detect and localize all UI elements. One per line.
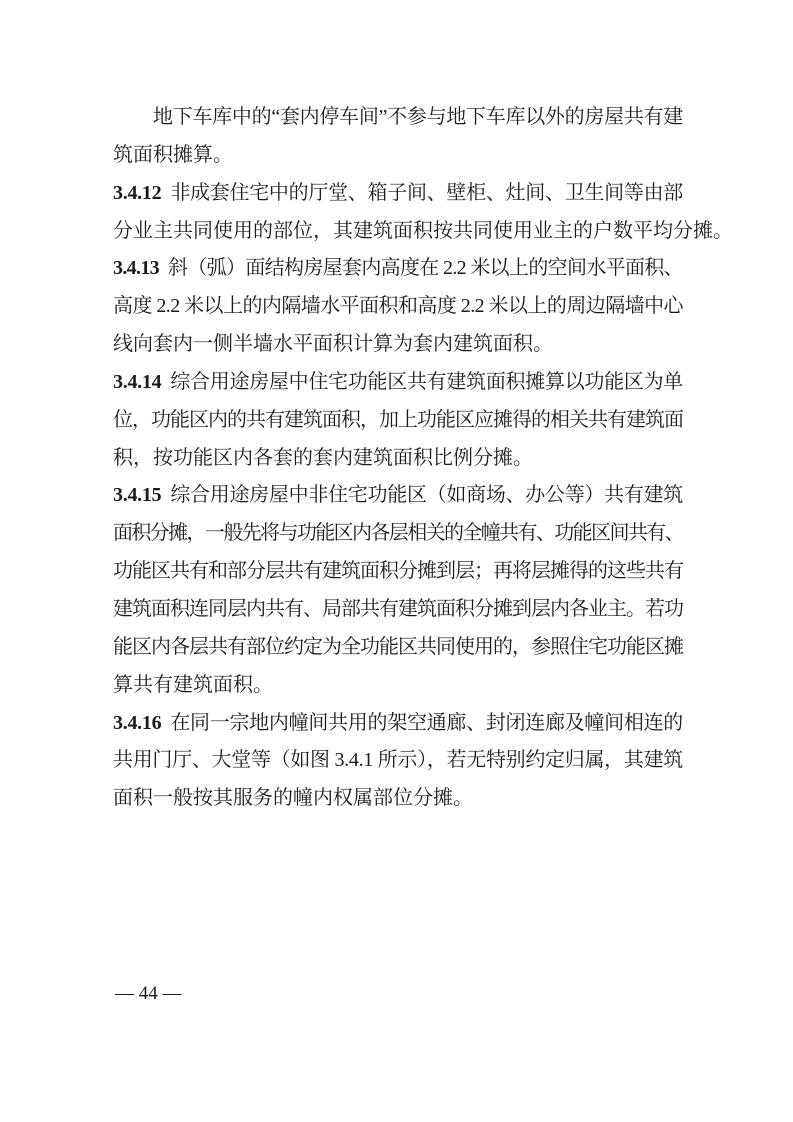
clause-paragraph: 3.4.12非成套住宅中的厅堂、箱子间、壁柜、灶间、卫生间等由部分业主共同使用的… [113,175,683,251]
text-line: 高度 2.2 米以上的内隔墙水平面积和高度 2.2 米以上的周边隔墙中心 [113,288,683,326]
text-line: 3.4.13斜（弧）面结构房屋套内高度在 2.2 米以上的空间水平面积、 [113,250,683,288]
text-run: 斜（弧）面结构房屋套内高度在 2.2 米以上的空间水平面积、 [168,257,683,279]
text-line: 面积一般按其服务的幢内权属部位分摊。 [113,780,683,818]
text-run: 在同一宗地内幢间共用的架空通廊、封闭连廊及幢间相连的 [170,712,683,734]
text-line: 建筑面积连同层内共有、局部共有建筑面积分摊到层内各业主。若功 [113,591,683,629]
text-run: 共用门厅、大堂等（如图 3.4.1 所示），若无特别约定归属，其建筑 [113,749,683,771]
text-run: 筑面积摊算。 [113,144,233,166]
text-line: 地下车库中的“套内停车间”不参与地下车库以外的房屋共有建 [113,99,683,137]
text-line-content: 位，功能区内的共有建筑面积，加上功能区应摊得的相关共有建筑面 [113,409,683,431]
text-line-content: 分业主共同使用的部位，其建筑面积按共同使用业主的户数平均分摊。 [113,220,733,242]
text-line: 3.4.15综合用途房屋中非住宅功能区（如商场、办公等）共有建筑 [113,477,683,515]
text-line-content: 3.4.12非成套住宅中的厅堂、箱子间、壁柜、灶间、卫生间等由部 [113,182,683,204]
text-line-content: 3.4.13斜（弧）面结构房屋套内高度在 2.2 米以上的空间水平面积、 [113,257,683,279]
text-line-content: 3.4.16在同一宗地内幢间共用的架空通廊、封闭连廊及幢间相连的 [113,712,683,734]
body-paragraph: 地下车库中的“套内停车间”不参与地下车库以外的房屋共有建筑面积摊算。 [113,99,683,175]
text-run: 算共有建筑面积。 [113,674,273,696]
text-line: 共用门厅、大堂等（如图 3.4.1 所示），若无特别约定归属，其建筑 [113,742,683,780]
clause-number: 3.4.12 [113,182,161,204]
text-line: 面积分摊，一般先将与功能区内各层相关的全幢共有、功能区间共有、 [113,515,683,553]
clause-paragraph: 3.4.15综合用途房屋中非住宅功能区（如商场、办公等）共有建筑面积分摊，一般先… [113,477,683,704]
clause-number: 3.4.16 [113,712,161,734]
text-run: 功能区共有和部分层共有建筑面积分摊到层；再将层摊得的这些共有 [113,560,683,582]
text-line: 积，按功能区内各套的套内建筑面积比例分摊。 [113,440,683,478]
text-line: 3.4.16在同一宗地内幢间共用的架空通廊、封闭连廊及幢间相连的 [113,705,683,743]
text-run: 能区内各层共有部位约定为全功能区共同使用的，参照住宅功能区摊 [113,636,683,658]
text-line-content: 筑面积摊算。 [113,144,233,166]
text-line: 功能区共有和部分层共有建筑面积分摊到层；再将层摊得的这些共有 [113,553,683,591]
text-line: 能区内各层共有部位约定为全功能区共同使用的，参照住宅功能区摊 [113,629,683,667]
text-line-content: 线向套内一侧半墙水平面积计算为套内建筑面积。 [113,333,553,355]
text-line-content: 算共有建筑面积。 [113,674,273,696]
text-run: 建筑面积连同层内共有、局部共有建筑面积分摊到层内各业主。若功 [113,598,683,620]
text-line-content: 地下车库中的“套内停车间”不参与地下车库以外的房屋共有建 [153,106,683,128]
text-line-content: 高度 2.2 米以上的内隔墙水平面积和高度 2.2 米以上的周边隔墙中心 [113,295,683,317]
text-run: 分业主共同使用的部位，其建筑面积按共同使用业主的户数平均分摊。 [113,220,733,242]
clause-number: 3.4.14 [113,371,161,393]
clause-paragraph: 3.4.14综合用途房屋中住宅功能区共有建筑面积摊算以功能区为单位，功能区内的共… [113,364,683,478]
text-run: 线向套内一侧半墙水平面积计算为套内建筑面积。 [113,333,553,355]
document-body: 地下车库中的“套内停车间”不参与地下车库以外的房屋共有建筑面积摊算。3.4.12… [113,99,683,818]
text-line-content: 3.4.14综合用途房屋中住宅功能区共有建筑面积摊算以功能区为单 [113,371,683,393]
page-number: — 44 — [115,982,182,1006]
text-run: 积，按功能区内各套的套内建筑面积比例分摊。 [113,447,533,469]
text-line: 算共有建筑面积。 [113,667,683,705]
document-page: 地下车库中的“套内停车间”不参与地下车库以外的房屋共有建筑面积摊算。3.4.12… [0,0,793,1122]
text-line-content: 建筑面积连同层内共有、局部共有建筑面积分摊到层内各业主。若功 [113,598,683,620]
text-line-content: 面积分摊，一般先将与功能区内各层相关的全幢共有、功能区间共有、 [113,522,683,544]
text-line: 位，功能区内的共有建筑面积，加上功能区应摊得的相关共有建筑面 [113,402,683,440]
text-run: 面积一般按其服务的幢内权属部位分摊。 [113,787,473,809]
text-line-content: 能区内各层共有部位约定为全功能区共同使用的，参照住宅功能区摊 [113,636,683,658]
text-run: 综合用途房屋中非住宅功能区（如商场、办公等）共有建筑 [170,484,683,506]
text-line: 线向套内一侧半墙水平面积计算为套内建筑面积。 [113,326,683,364]
text-run: 面积分摊，一般先将与功能区内各层相关的全幢共有、功能区间共有、 [113,522,683,544]
text-run: 高度 2.2 米以上的内隔墙水平面积和高度 2.2 米以上的周边隔墙中心 [113,295,683,317]
clause-number: 3.4.13 [113,257,159,279]
clause-paragraph: 3.4.16在同一宗地内幢间共用的架空通廊、封闭连廊及幢间相连的共用门厅、大堂等… [113,705,683,819]
text-run: 地下车库中的“套内停车间”不参与地下车库以外的房屋共有建 [153,106,683,128]
text-run: 综合用途房屋中住宅功能区共有建筑面积摊算以功能区为单 [170,371,683,393]
text-line-content: 功能区共有和部分层共有建筑面积分摊到层；再将层摊得的这些共有 [113,560,683,582]
text-line: 分业主共同使用的部位，其建筑面积按共同使用业主的户数平均分摊。 [113,213,683,251]
text-line: 3.4.14综合用途房屋中住宅功能区共有建筑面积摊算以功能区为单 [113,364,683,402]
text-run: 位，功能区内的共有建筑面积，加上功能区应摊得的相关共有建筑面 [113,409,683,431]
clause-number: 3.4.15 [113,484,161,506]
text-run: 非成套住宅中的厅堂、箱子间、壁柜、灶间、卫生间等由部 [170,182,683,204]
text-line-content: 共用门厅、大堂等（如图 3.4.1 所示），若无特别约定归属，其建筑 [113,749,683,771]
text-line-content: 3.4.15综合用途房屋中非住宅功能区（如商场、办公等）共有建筑 [113,484,683,506]
text-line: 筑面积摊算。 [113,137,683,175]
text-line-content: 积，按功能区内各套的套内建筑面积比例分摊。 [113,447,533,469]
clause-paragraph: 3.4.13斜（弧）面结构房屋套内高度在 2.2 米以上的空间水平面积、高度 2… [113,250,683,364]
text-line-content: 面积一般按其服务的幢内权属部位分摊。 [113,787,473,809]
text-line: 3.4.12非成套住宅中的厅堂、箱子间、壁柜、灶间、卫生间等由部 [113,175,683,213]
